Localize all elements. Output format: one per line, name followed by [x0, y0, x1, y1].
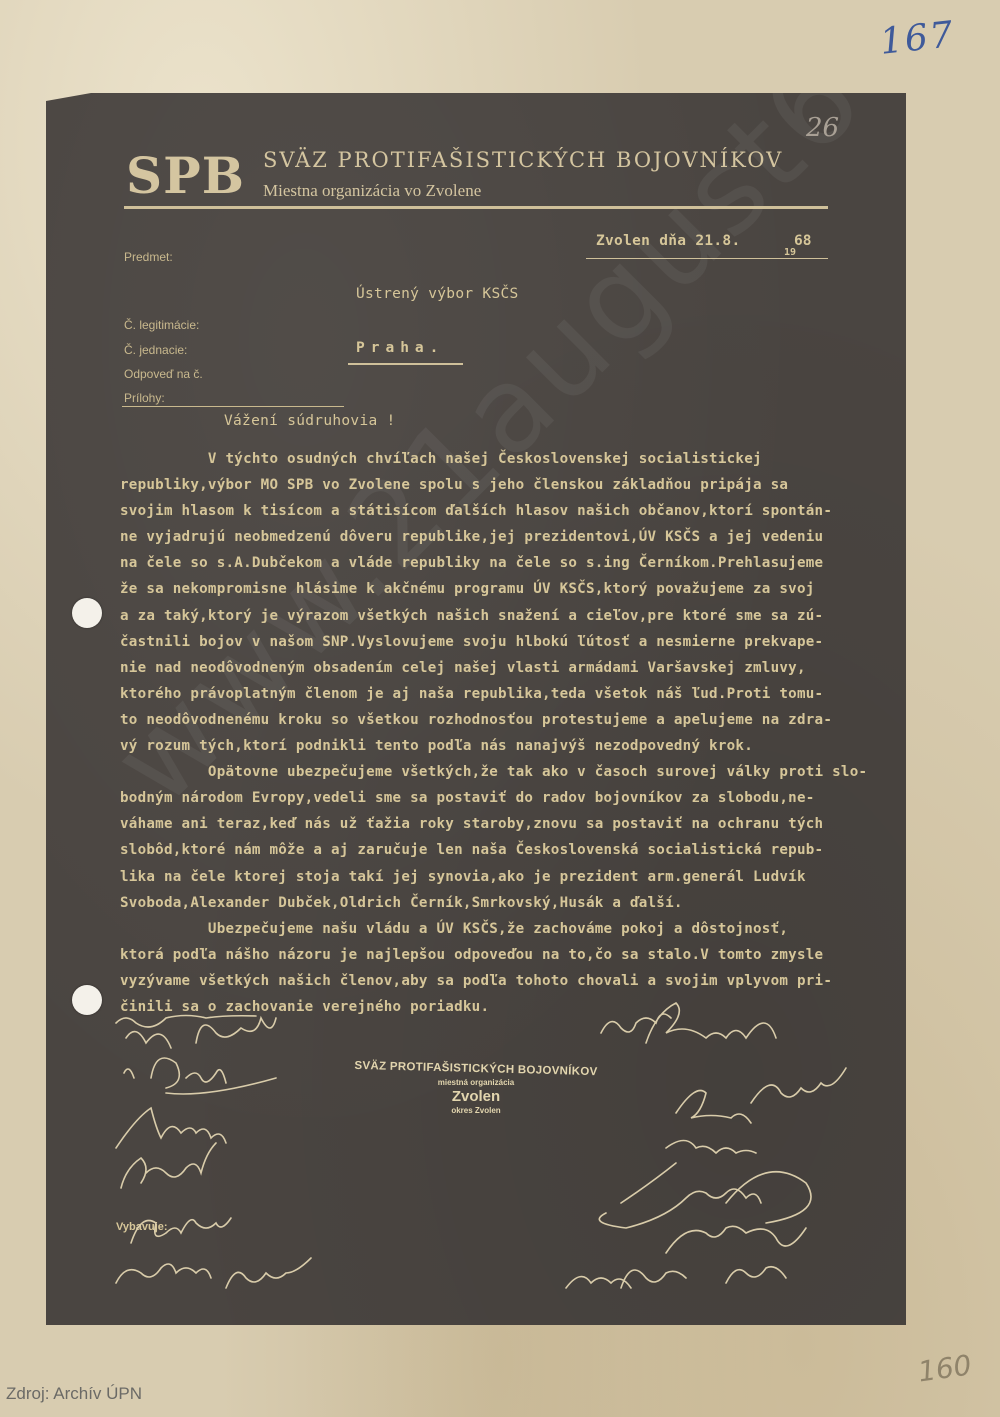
letter-line: republiky,výbor MO SPB vo Zvolene spolu …	[120, 477, 910, 503]
letter-line: ktorého právoplatným členom je aj naša r…	[120, 686, 910, 712]
organization-logo: SPB	[126, 146, 245, 205]
letter-line: lika na čele ktorej stoja takí jej synov…	[120, 869, 910, 895]
addressee-name: Ústrený výbor KSČS	[356, 286, 519, 302]
folio-number-top: 167	[878, 14, 957, 63]
punch-hole-icon	[72, 985, 102, 1015]
addressee-city: Praha.	[356, 340, 444, 356]
letter-line: slobôd,ktoré nám môže a aj zaručuje len …	[120, 842, 910, 868]
letter-line: činili sa o zachovanie verejného poriadk…	[120, 999, 910, 1025]
date-year: 68	[794, 233, 811, 249]
folio-number-bottom: 160	[916, 1348, 974, 1388]
letterhead-rule	[124, 206, 828, 209]
punch-hole-icon	[72, 598, 102, 628]
letter-line: váhame ani teraz,keď nás už ťažia roky s…	[120, 816, 910, 842]
place-date: Zvolen dňa 21.8.	[596, 233, 740, 249]
date-rule	[586, 258, 828, 259]
organization-stamp: SVÄZ PROTIFAŠISTICKÝCH BOJOVNÍKOV miestn…	[346, 1063, 606, 1115]
letter-line: bodným národom Evropy,vedeli sme sa post…	[120, 790, 910, 816]
stamp-line: SVÄZ PROTIFAŠISTICKÝCH BOJOVNÍKOV	[346, 1060, 606, 1079]
letter-line: Svoboda,Alexander Dubček,Oldrich Černík,…	[120, 895, 910, 921]
letter-line: častnili bojov v našom SNP.Vyslovujeme s…	[120, 634, 910, 660]
letter-line: a za taký,ktorý je výrazom všetkých naši…	[120, 608, 910, 634]
letter-line: že sa nekompromisne hlásime k akčnému pr…	[120, 581, 910, 607]
letter-line: V týchto osudných chvíľach našej Českosl…	[120, 451, 910, 477]
attachments-rule	[122, 406, 344, 407]
letter-line: ktorá podľa nášho názoru je najlepšou od…	[120, 947, 910, 973]
letter-line: svojim hlasom k tisícom a státisícom ďal…	[120, 503, 910, 529]
stamp-line: okres Zvolen	[346, 1106, 606, 1115]
letter-line: Ubezpečujeme našu vládu a ÚV KSČS,že zac…	[120, 921, 910, 947]
letter-line: nie nad neodôvodneným obsadením celej na…	[120, 660, 910, 686]
organization-name: SVÄZ PROTIFAŠISTICKÝCH BOJOVNÍKOV	[263, 148, 783, 172]
letter-line: ne vyjadrujú neobmedzenú dôveru republik…	[120, 529, 910, 555]
subject-label: Predmet:	[124, 250, 173, 264]
stamp-line: miestná organizácia	[346, 1078, 606, 1087]
letter-line: na čele so s.A.Dubčekom a vláde republik…	[120, 555, 910, 581]
attachments-label: Prílohy:	[124, 391, 165, 405]
letter-line: Opätovne ubezpečujeme všetkých,že tak ak…	[120, 764, 910, 790]
signature-icon	[566, 1003, 846, 1288]
source-label: Zdroj: Archív ÚPN	[6, 1384, 142, 1404]
letter-line: vyzývame všetkých našich členov,aby sa p…	[120, 973, 910, 999]
signature-icon	[116, 1016, 311, 1289]
stamp-line: Zvolen	[346, 1088, 606, 1105]
reply-label: Odpoveď na č.	[124, 367, 203, 381]
ref-label: Č. jednacie:	[124, 343, 187, 357]
city-rule	[348, 363, 463, 365]
handwritten-note: 26	[806, 113, 839, 143]
letter-line: to neodôvodnenému kroku so všetkou rozho…	[120, 712, 910, 738]
id-label: Č. legitimácie:	[124, 318, 199, 332]
handled-by-label: Vybavuje:	[116, 1221, 168, 1233]
letter-line: vý rozum tých,ktorí podnikli tento podľa…	[120, 738, 910, 764]
organization-branch: Miestna organizácia vo Zvolene	[263, 181, 481, 201]
letter-sheet: www.21august68.sk 26 SPB SVÄZ PROTIFAŠIS…	[46, 93, 906, 1325]
letter-body: V týchto osudných chvíľach našej Českosl…	[120, 451, 910, 1025]
salutation: Vážení súdruhovia !	[224, 413, 396, 429]
